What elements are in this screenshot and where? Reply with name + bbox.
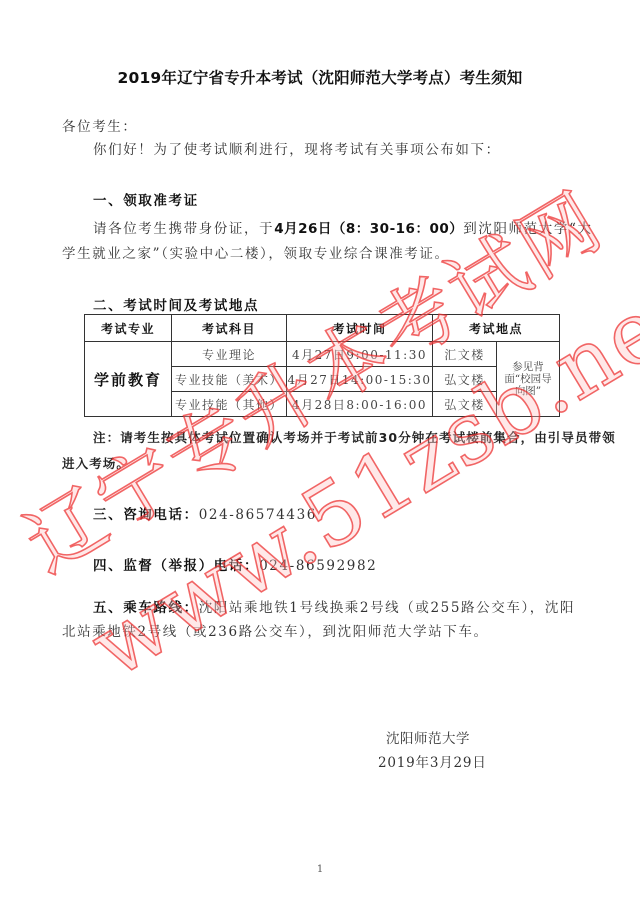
- major-cell: 学前教育: [85, 342, 172, 417]
- time-cell: 4月27日9:00-11:30: [287, 342, 433, 367]
- header-time: 考试时间: [287, 315, 433, 342]
- table-row: 学前教育 专业理论 4月27日9:00-11:30 汇文楼 参见背面“校园导向图…: [85, 342, 560, 367]
- exam-schedule-table: 考试专业 考试科目 考试时间 考试地点 学前教育 专业理论 4月27日9:00-…: [84, 314, 560, 417]
- time-cell: 4月27日14:00-15:30: [287, 367, 433, 392]
- subject-cell: 专业理论: [172, 342, 287, 367]
- section-1-line-1-prefix: 请各位考生携带身份证，于: [93, 221, 274, 237]
- time-cell: 4月28日8:00-16:00: [287, 392, 433, 417]
- section-5-heading: 五、乘车路线：: [93, 600, 199, 616]
- building-cell: 汇文楼: [433, 342, 497, 367]
- section-5-line-2: 北站乘地铁2号线（或236路公交车），到沈阳师范大学站下车。: [62, 620, 489, 640]
- section-1-heading: 一、领取准考证: [93, 189, 199, 209]
- subject-cell: 专业技能（美术）: [172, 367, 287, 392]
- header-subject: 考试科目: [172, 315, 287, 342]
- section-4: 四、监督（举报）电话：024-86592982: [93, 554, 377, 574]
- header-location: 考试地点: [433, 315, 560, 342]
- signature-date: 2019年3月29日: [378, 751, 487, 771]
- table-note-line-1: 注：请考生按具体考试位置确认考场并于考试前30分钟在考试楼前集合，由引导员带领: [93, 428, 616, 446]
- section-1-line-1: 请各位考生携带身份证，于4月26日（8：30-16：00）到沈阳师范大学“大: [93, 217, 593, 237]
- section-5-line-1: 五、乘车路线：沈阳站乘地铁1号线换乘2号线（或255路公交车），沈阳: [93, 596, 575, 616]
- report-phone: 024-86592982: [259, 558, 377, 574]
- section-1-line-2: 学生就业之家”（实验中心二楼），领取专业综合课准考证。: [62, 242, 450, 262]
- building-cell: 弘文楼: [433, 367, 497, 392]
- signature-org: 沈阳师范大学: [386, 727, 470, 747]
- section-1-line-1-suffix: 到沈阳师范大学“大: [463, 221, 592, 237]
- section-3: 三、咨询电话：024-86574436: [93, 503, 317, 523]
- section-3-heading: 三、咨询电话：: [93, 507, 199, 523]
- subject-cell: 专业技能（其他）: [172, 392, 287, 417]
- consult-phone: 024-86574436: [199, 507, 317, 523]
- location-note-cell: 参见背面“校园导向图”: [497, 342, 560, 417]
- header-major: 考试专业: [85, 315, 172, 342]
- building-cell: 弘文楼: [433, 392, 497, 417]
- table-header-row: 考试专业 考试科目 考试时间 考试地点: [85, 315, 560, 342]
- route-line-1: 沈阳站乘地铁1号线换乘2号线（或255路公交车），沈阳: [199, 600, 575, 616]
- pickup-datetime: 4月26日（8：30-16：00）: [274, 221, 463, 237]
- section-2-heading: 二、考试时间及考试地点: [93, 294, 259, 314]
- salutation: 各位考生：: [62, 115, 138, 135]
- page-number: 1: [0, 864, 640, 875]
- document-title: 2019年辽宁省专升本考试（沈阳师范大学考点）考生须知: [0, 66, 640, 88]
- greeting: 你们好！为了使考试顺利进行，现将考试有关事项公布如下：: [93, 138, 501, 158]
- section-4-heading: 四、监督（举报）电话：: [93, 558, 259, 574]
- table-note-line-2: 进入考场。: [62, 454, 130, 472]
